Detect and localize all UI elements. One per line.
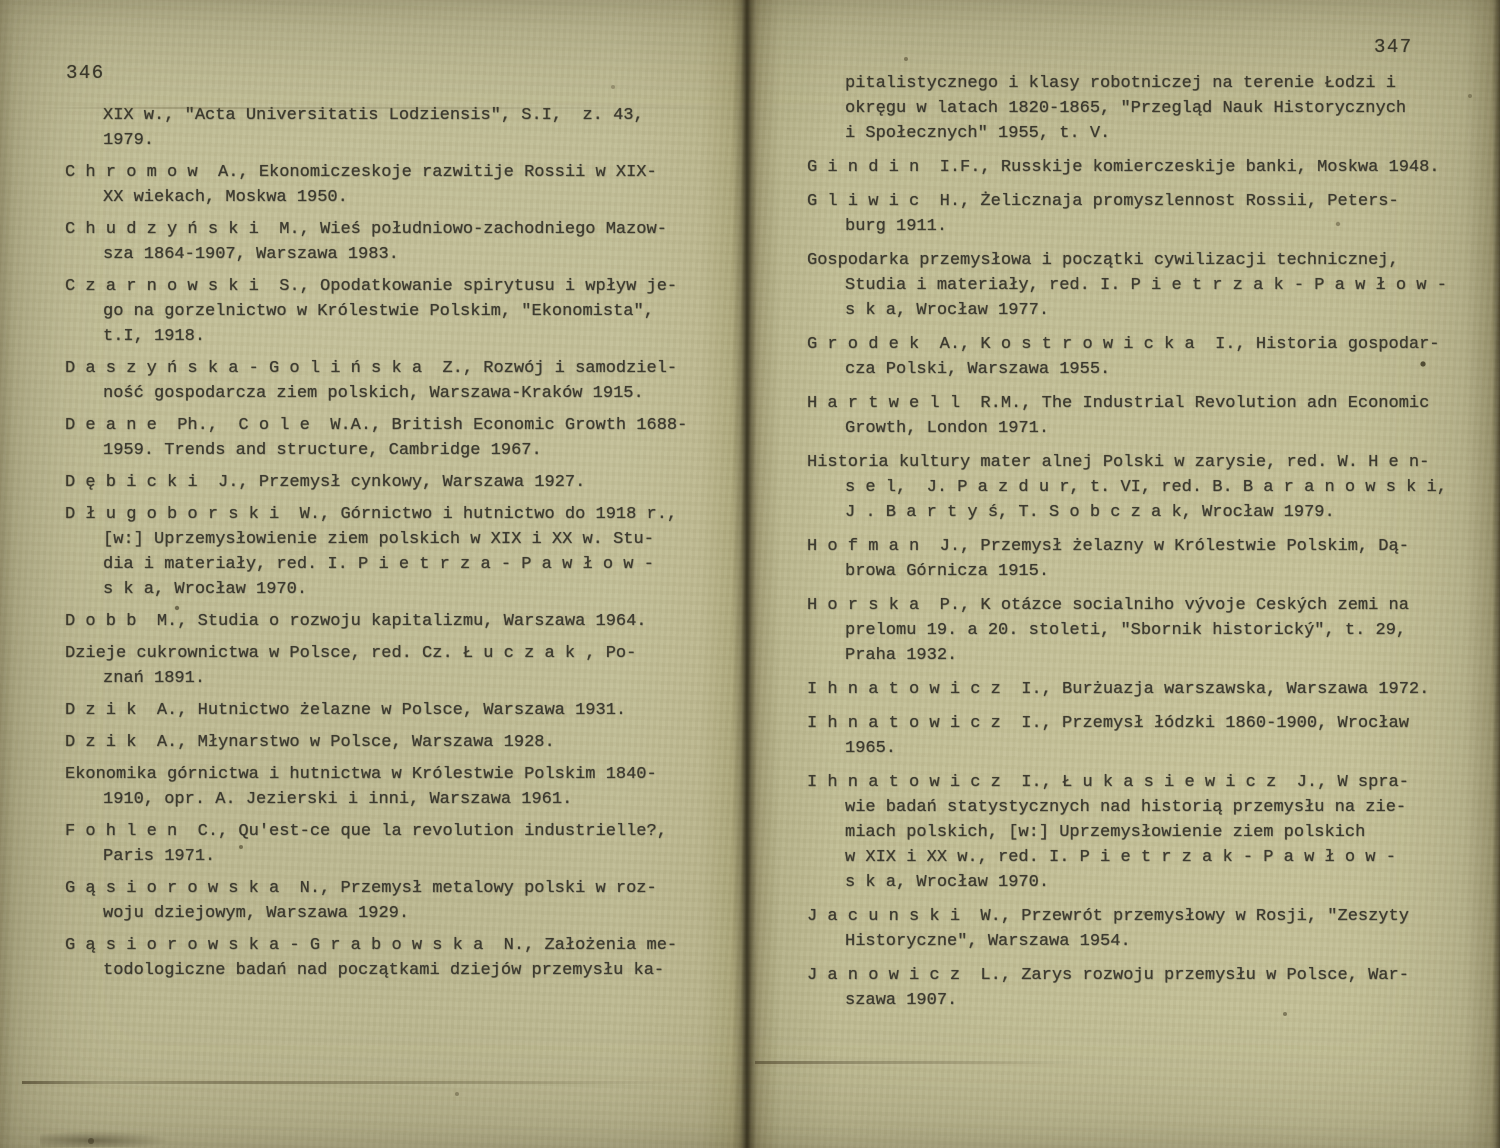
bibliography-entry: H o f m a n J., Przemysł żelazny w Króle… — [807, 534, 1467, 584]
entry-line: G ą s i o r o w s k a - G r a b o w s k … — [65, 933, 745, 958]
entry-line: Gospodarka przemysłowa i początki cywili… — [807, 248, 1467, 273]
entry-line: J . B a r t y ś, T. S o b c z a k, Wrocł… — [807, 500, 1467, 525]
ink-smudge — [40, 1131, 170, 1147]
bibliography-entry: G r o d e k A., K o s t r o w i c k a I.… — [807, 332, 1467, 382]
entry-line: G l i w i c H., Żelicznaja promyszlennos… — [807, 189, 1467, 214]
entry-line: go na gorzelnictwo w Królestwie Polskim,… — [65, 299, 745, 324]
page-number-left: 346 — [66, 62, 105, 84]
entry-line: H o f m a n J., Przemysł żelazny w Króle… — [807, 534, 1467, 559]
entry-line: znań 1891. — [65, 666, 745, 691]
entry-line: D o b b M., Studia o rozwoju kapitalizmu… — [65, 609, 745, 634]
entry-line: Historyczne", Warszawa 1954. — [807, 929, 1467, 954]
entry-line: s k a, Wrocław 1977. — [807, 298, 1467, 323]
entry-line: D ę b i c k i J., Przemysł cynkowy, Wars… — [65, 470, 745, 495]
entry-line: 1910, opr. A. Jezierski i inni, Warszawa… — [65, 787, 745, 812]
entry-line: J a n o w i c z L., Zarys rozwoju przemy… — [807, 963, 1467, 988]
bibliography-entry: H o r s k a P., K otázce socialniho vývo… — [807, 593, 1467, 668]
bibliography-entry: H a r t w e l l R.M., The Industrial Rev… — [807, 391, 1467, 441]
bibliography-entry: D ę b i c k i J., Przemysł cynkowy, Wars… — [65, 470, 745, 495]
bibliography-entry: I h n a t o w i c z I., Ł u k a s i e w … — [807, 770, 1467, 895]
bibliography-entry: G ą s i o r o w s k a - G r a b o w s k … — [65, 933, 745, 983]
bibliography-entry: pitalistycznego i klasy robotniczej na t… — [807, 71, 1467, 146]
entry-line: 1979. — [65, 128, 745, 153]
paper-speckles — [0, 0, 2, 2]
bibliography-entry: XIX w., "Acta Universitatis Lodziensis",… — [65, 103, 745, 153]
bibliography-entry: C z a r n o w s k i S., Opodatkowanie sp… — [65, 274, 745, 349]
bibliography-entry: Dzieje cukrownictwa w Polsce, red. Cz. Ł… — [65, 641, 745, 691]
bibliography-entry: G i n d i n I.F., Russkije komierczeskij… — [807, 155, 1467, 180]
entry-line: wie badań statystycznych nad historią pr… — [807, 795, 1467, 820]
entry-line: [w:] Uprzemysłowienie ziem polskich w XI… — [65, 527, 745, 552]
entry-line: browa Górnicza 1915. — [807, 559, 1467, 584]
entry-line: Paris 1971. — [65, 844, 745, 869]
entry-line: Studia i materiały, red. I. P i e t r z … — [807, 273, 1467, 298]
entry-line: cza Polski, Warszawa 1955. — [807, 357, 1467, 382]
bibliography-entry: I h n a t o w i c z I., Przemysł łódzki … — [807, 711, 1467, 761]
entry-line: t.I, 1918. — [65, 324, 745, 349]
entry-line: i Społecznych" 1955, t. V. — [807, 121, 1467, 146]
entry-line: XX wiekach, Moskwa 1950. — [65, 185, 745, 210]
entry-line: Historia kultury mater alnej Polski w za… — [807, 450, 1467, 475]
entry-line: w XIX i XX w., red. I. P i e t r z a k -… — [807, 845, 1467, 870]
entry-line: C h r o m o w A., Ekonomiczeskoje razwit… — [65, 160, 745, 185]
bibliography-entry: F o h l e n C., Qu'est-ce que la revolut… — [65, 819, 745, 869]
entry-line: s k a, Wrocław 1970. — [65, 577, 745, 602]
entry-line: D ł u g o b o r s k i W., Górnictwo i hu… — [65, 502, 745, 527]
entry-line: D e a n e Ph., C o l e W.A., British Eco… — [65, 413, 745, 438]
page-number-right: 347 — [1374, 36, 1413, 58]
entry-line: todologiczne badań nad początkami dziejó… — [65, 958, 745, 983]
bibliography-entry: G ą s i o r o w s k a N., Przemysł metal… — [65, 876, 745, 926]
book-scan: 346 347 XIX w., "Acta Universitatis Lodz… — [0, 0, 1500, 1148]
entry-line: G ą s i o r o w s k a N., Przemysł metal… — [65, 876, 745, 901]
entry-line: G i n d i n I.F., Russkije komierczeskij… — [807, 155, 1467, 180]
entry-line: sza 1864-1907, Warszawa 1983. — [65, 242, 745, 267]
bibliography-entry: D o b b M., Studia o rozwoju kapitalizmu… — [65, 609, 745, 634]
entry-line: D z i k A., Młynarstwo w Polsce, Warszaw… — [65, 730, 745, 755]
entry-line: F o h l e n C., Qu'est-ce que la revolut… — [65, 819, 745, 844]
entry-line: H a r t w e l l R.M., The Industrial Rev… — [807, 391, 1467, 416]
entry-line: Growth, London 1971. — [807, 416, 1467, 441]
entry-line: dia i materiały, red. I. P i e t r z a -… — [65, 552, 745, 577]
bibliography-entry: Ekonomika górnictwa i hutnictwa w Króles… — [65, 762, 745, 812]
entry-line: Praha 1932. — [807, 643, 1467, 668]
entry-line: 1959. Trends and structure, Cambridge 19… — [65, 438, 745, 463]
entry-line: J a c u n s k i W., Przewrót przemysłowy… — [807, 904, 1467, 929]
bibliography-entry: C h u d z y ń s k i M., Wieś południowo-… — [65, 217, 745, 267]
bibliography-entry: D ł u g o b o r s k i W., Górnictwo i hu… — [65, 502, 745, 602]
entry-line: Ekonomika górnictwa i hutnictwa w Króles… — [65, 762, 745, 787]
entry-line: szawa 1907. — [807, 988, 1467, 1013]
entry-line: okręgu w latach 1820-1865, "Przegląd Nau… — [807, 96, 1467, 121]
entry-line: H o r s k a P., K otázce socialniho vývo… — [807, 593, 1467, 618]
bibliography-column-left: XIX w., "Acta Universitatis Lodziensis",… — [65, 103, 745, 990]
entry-line: s k a, Wrocław 1970. — [807, 870, 1467, 895]
entry-line: I h n a t o w i c z I., Burżuazja warsza… — [807, 677, 1467, 702]
entry-line: 1965. — [807, 736, 1467, 761]
entry-line: Dzieje cukrownictwa w Polsce, red. Cz. Ł… — [65, 641, 745, 666]
bibliography-column-right: pitalistycznego i klasy robotniczej na t… — [807, 71, 1467, 1022]
entry-line: C h u d z y ń s k i M., Wieś południowo-… — [65, 217, 745, 242]
bibliography-entry: G l i w i c H., Żelicznaja promyszlennos… — [807, 189, 1467, 239]
entry-line: D a s z y ń s k a - G o l i ń s k a Z., … — [65, 356, 745, 381]
entry-line: I h n a t o w i c z I., Przemysł łódzki … — [807, 711, 1467, 736]
bibliography-entry: J a c u n s k i W., Przewrót przemysłowy… — [807, 904, 1467, 954]
entry-line: ność gospodarcza ziem polskich, Warszawa… — [65, 381, 745, 406]
bibliography-entry: I h n a t o w i c z I., Burżuazja warsza… — [807, 677, 1467, 702]
bibliography-entry: Gospodarka przemysłowa i początki cywili… — [807, 248, 1467, 323]
bibliography-entry: D a s z y ń s k a - G o l i ń s k a Z., … — [65, 356, 745, 406]
entry-line: prelomu 19. a 20. stoleti, "Sbornik hist… — [807, 618, 1467, 643]
bibliography-entry: D e a n e Ph., C o l e W.A., British Eco… — [65, 413, 745, 463]
entry-line: miach polskich, [w:] Uprzemysłowienie zi… — [807, 820, 1467, 845]
entry-line: C z a r n o w s k i S., Opodatkowanie sp… — [65, 274, 745, 299]
entry-line: D z i k A., Hutnictwo żelazne w Polsce, … — [65, 698, 745, 723]
bibliography-entry: J a n o w i c z L., Zarys rozwoju przemy… — [807, 963, 1467, 1013]
entry-line: G r o d e k A., K o s t r o w i c k a I.… — [807, 332, 1467, 357]
entry-line: woju dziejowym, Warszawa 1929. — [65, 901, 745, 926]
bibliography-entry: C h r o m o w A., Ekonomiczeskoje razwit… — [65, 160, 745, 210]
entry-line: XIX w., "Acta Universitatis Lodziensis",… — [65, 103, 745, 128]
entry-line: burg 1911. — [807, 214, 1467, 239]
entry-line: pitalistycznego i klasy robotniczej na t… — [807, 71, 1467, 96]
bibliography-entry: D z i k A., Hutnictwo żelazne w Polsce, … — [65, 698, 745, 723]
bibliography-entry: D z i k A., Młynarstwo w Polsce, Warszaw… — [65, 730, 745, 755]
entry-line: I h n a t o w i c z I., Ł u k a s i e w … — [807, 770, 1467, 795]
bibliography-entry: Historia kultury mater alnej Polski w za… — [807, 450, 1467, 525]
entry-line: s e l, J. P a z d u r, t. VI, red. B. B … — [807, 475, 1467, 500]
